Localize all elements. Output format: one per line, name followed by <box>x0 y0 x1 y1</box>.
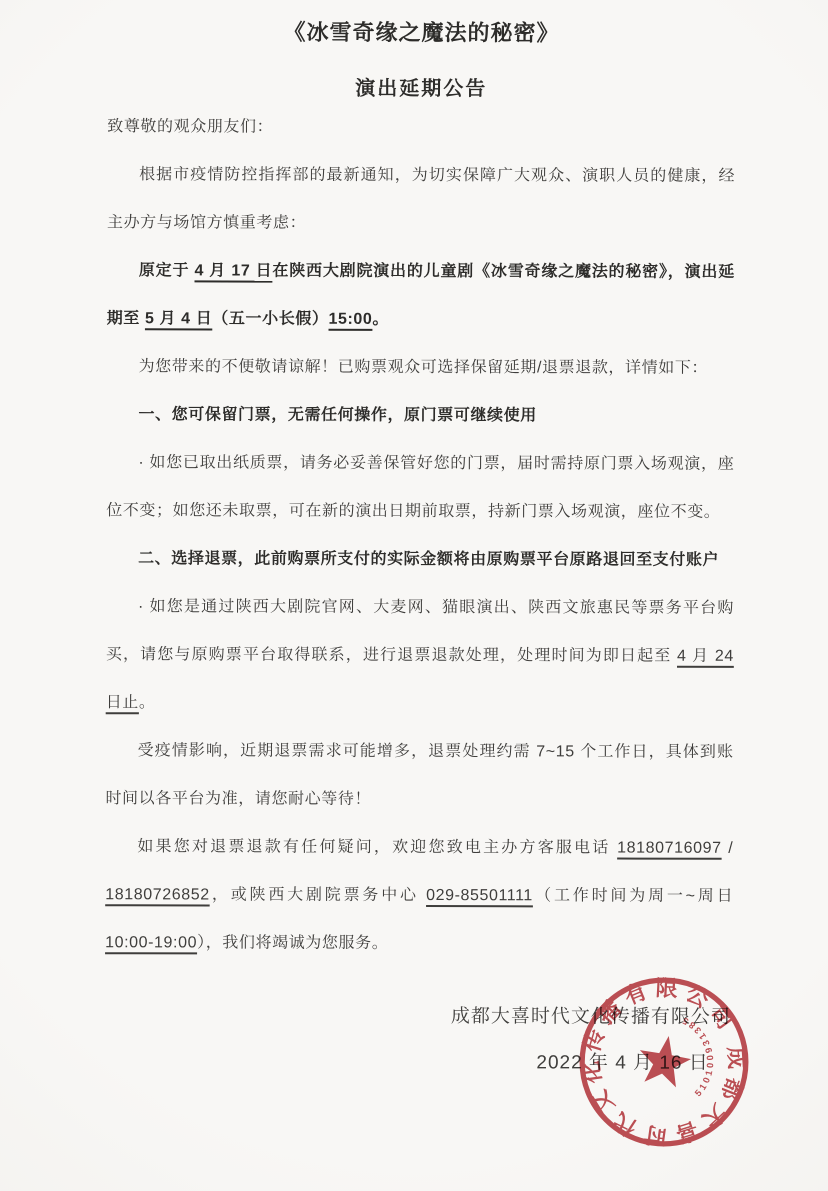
signature-block: 成都大喜时代文化传播有限公司 2022 年 4 月 16 日 <box>105 999 733 1081</box>
section1-heading: 一、您可保留门票，无需任何操作，原门票可继续使用 <box>106 391 734 441</box>
contact-text-5: ），我们将竭诚为您服务。 <box>197 934 388 952</box>
new-date-underlined: 5 月 4 日 <box>145 310 212 327</box>
contact-text-3: ，或陕西大剧院票务中心 <box>210 886 426 904</box>
phone-number-2-underlined: 18180726852 <box>105 886 210 903</box>
contact-paragraph: 如果您对退票退款有任何疑问，欢迎您致电主办方客服电话 18180716097 /… <box>105 823 733 969</box>
document-title: 《冰雪奇缘之魔法的秘密》 <box>107 15 735 51</box>
section2-refund-paragraph: · 如您是通过陕西大剧院官网、大麦网、猫眼演出、陕西文旅惠民等票务平台购买，请您… <box>106 583 734 729</box>
signature-company-name: 成都大喜时代文化传播有限公司 <box>105 999 733 1035</box>
postpone-text-4: 。 <box>372 311 389 328</box>
refund-text-1: · 如您是通过陕西大剧院官网、大麦网、猫眼演出、陕西文旅惠民等票务平台购买，请您… <box>106 598 734 664</box>
box-office-phone-underlined: 029-85501111 <box>426 887 533 904</box>
postpone-text-1: 原定于 <box>139 262 195 279</box>
intro-paragraph: 根据市疫情防控指挥部的最新通知，为切实保障广大观众、演职人员的健康，经主办方与场… <box>107 151 735 249</box>
contact-text-1: 如果您对退票退款有任何疑问，欢迎您致电主办方客服电话 <box>137 838 617 856</box>
signature-date: 2022 年 4 月 16 日 <box>105 1045 733 1081</box>
original-date-underlined: 4 月 17 日 <box>195 262 273 279</box>
announcement-document: 《冰雪奇缘之魔法的秘密》 演出延期公告 致尊敬的观众朋友们： 根据市疫情防控指挥… <box>0 0 828 1191</box>
section2-heading: 二、选择退票，此前购票所支付的实际金额将由原购票平台原路退回至支付账户 <box>106 535 734 585</box>
contact-text-2: / <box>722 840 734 857</box>
section1-body: · 如您已取出纸质票，请务必妥善保管好您的门票，届时需持原门票入场观演，座位不变… <box>106 439 734 537</box>
refund-text-2: 。 <box>139 694 156 711</box>
new-time-underlined: 15:00 <box>328 311 372 328</box>
postponement-paragraph: 原定于 4 月 17 日在陕西大剧院演出的儿童剧《冰雪奇缘之魔法的秘密》，演出延… <box>107 247 735 345</box>
document-subtitle: 演出延期公告 <box>107 73 735 105</box>
working-hours-underlined: 10:00-19:00 <box>105 934 197 951</box>
postpone-text-3: （五一小长假） <box>212 310 328 327</box>
salutation: 致尊敬的观众朋友们： <box>107 103 735 153</box>
phone-number-1-underlined: 18180716097 <box>617 840 722 857</box>
covid-notice-paragraph: 受疫情影响，近期退票需求可能增多，退票处理约需 7~15 个工作日，具体到账时间… <box>105 727 733 825</box>
apology-paragraph: 为您带来的不便敬请谅解！已购票观众可选择保留延期/退票退款，详情如下： <box>107 343 735 393</box>
contact-text-4: （工作时间为周一~周日 <box>533 887 733 905</box>
